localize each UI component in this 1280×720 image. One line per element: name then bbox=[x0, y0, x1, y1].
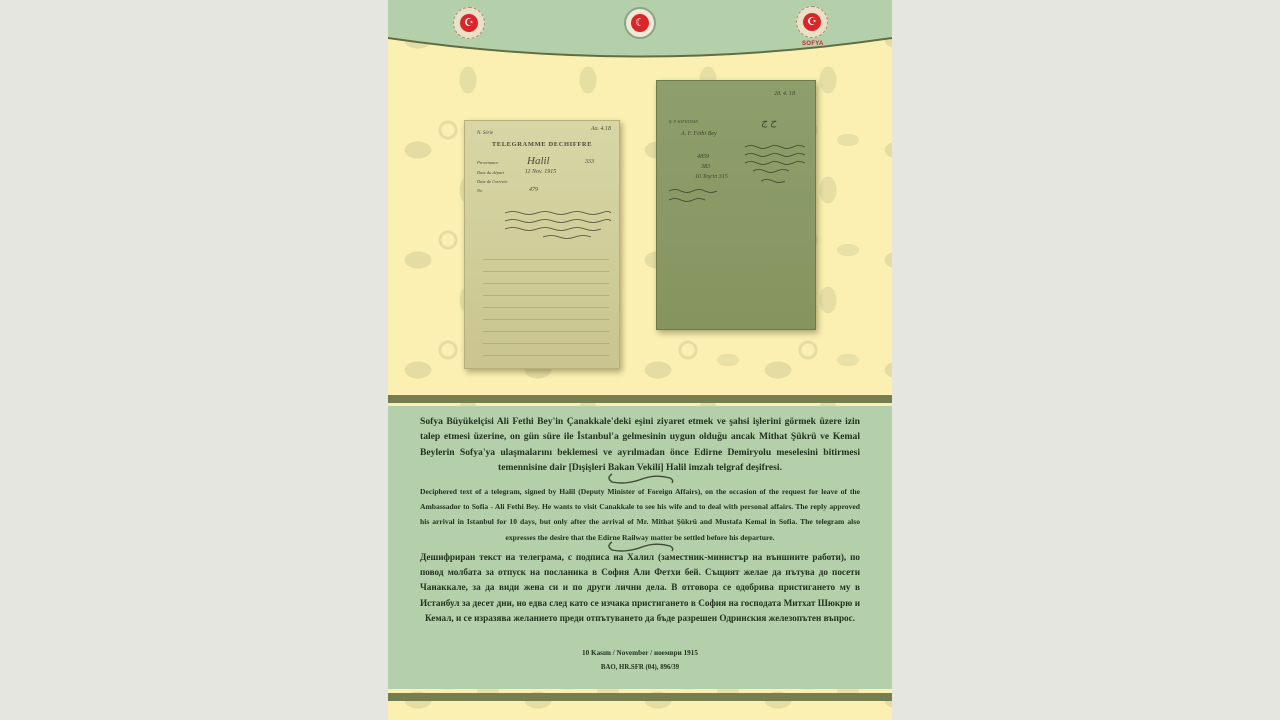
divider-band-top bbox=[388, 395, 892, 403]
presidency-emblem-center: ☾ bbox=[624, 7, 656, 39]
doc2-top-note: 28. 4. 18 bbox=[774, 91, 795, 97]
doc2-number: 383 bbox=[701, 164, 710, 170]
ottoman-script-lines bbox=[743, 141, 813, 191]
doc1-corner-mark: N. Série bbox=[477, 131, 493, 136]
doc1-field-label: Date de l'arrivée bbox=[477, 179, 507, 184]
draft-document-image: 28. 4. 18 ح ج R. F. SOFYA'DAN A. F. Feth… bbox=[656, 80, 816, 330]
ottoman-script-lines bbox=[503, 207, 613, 247]
doc2-number: 10 Teşrin 315 bbox=[695, 174, 728, 180]
ministry-emblem-left: ☪ bbox=[453, 7, 485, 39]
embassy-emblem-right: ☪ bbox=[796, 6, 828, 38]
description-panel: Sofya Büyükelçisi Ali Fethi Bey'in Çanak… bbox=[388, 406, 892, 689]
doc1-top-note: Ao. 4.18 bbox=[591, 126, 611, 132]
document-date: 10 Kasım / November / ноември 1915 bbox=[388, 649, 892, 657]
doc1-field-label: Date du départ bbox=[477, 170, 504, 175]
doc1-serial: 333 bbox=[585, 159, 594, 165]
doc2-mark: ح ج bbox=[761, 117, 776, 128]
description-bulgarian: Дешифриран текст на телеграма, с подписа… bbox=[420, 550, 860, 626]
doc1-field-label: Provenance bbox=[477, 160, 498, 165]
exhibit-page: ☪ ☾ ☪ SOFYA N. Série Ao. 4.18 TELEGRAMME… bbox=[388, 0, 892, 720]
divider-band-bottom bbox=[388, 693, 892, 701]
telegram-document-image: N. Série Ao. 4.18 TELEGRAMME DECHIFFRE P… bbox=[464, 120, 620, 369]
doc1-heading: TELEGRAMME DECHIFFRE bbox=[465, 141, 619, 148]
doc2-header-label: R. F. SOFYA'DAN bbox=[669, 119, 698, 124]
doc1-signature: Halil bbox=[527, 155, 550, 167]
crescent-star-icon: ☪ bbox=[803, 13, 821, 31]
doc2-number: 4859 bbox=[697, 154, 709, 160]
emblem-label-sofya: SOFYA bbox=[802, 41, 824, 47]
doc1-date: 11 Nov. 1915 bbox=[525, 169, 556, 175]
doc1-number: 479 bbox=[529, 187, 538, 193]
crescent-icon: ☾ bbox=[631, 14, 649, 32]
ottoman-script-lines bbox=[667, 185, 727, 207]
archive-reference: BAO, HR.SFR (04), 896/39 bbox=[388, 664, 892, 671]
header-banner: ☪ ☾ ☪ SOFYA bbox=[388, 0, 892, 62]
description-english: Deciphered text of a telegram, signed by… bbox=[420, 484, 860, 545]
doc2-recipient: A. F. Fethi Bey bbox=[681, 131, 717, 137]
crescent-star-icon: ☪ bbox=[460, 14, 478, 32]
doc1-field-label: No bbox=[477, 188, 482, 193]
description-turkish: Sofya Büyükelçisi Ali Fethi Bey'in Çanak… bbox=[420, 414, 860, 476]
